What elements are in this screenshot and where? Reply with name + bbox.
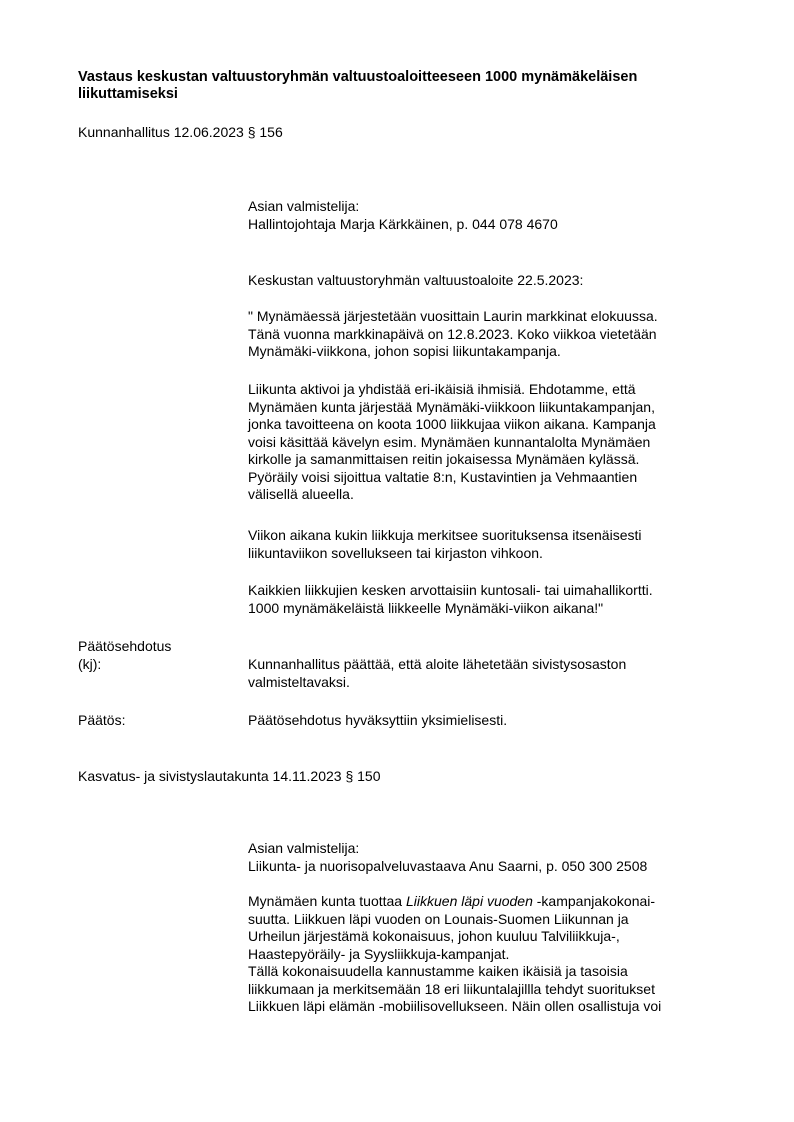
text-line: Tällä kokonaisuudella kannustamme kaiken…	[248, 963, 661, 981]
text-line: liikuntaviikon sovellukseen tai kirjasto…	[248, 545, 641, 563]
text-line: Mynämäki-viikkona, johon sopisi liikunta…	[248, 343, 658, 361]
title-line-1: Vastaus keskustan valtuustoryhmän valtuu…	[78, 69, 637, 86]
text-segment: Mynämäen kunta tuottaa	[248, 893, 406, 909]
text-line: Pyöräily voisi sijoittua valtatie 8:n, K…	[248, 469, 656, 487]
text-line: Liikunta aktivoi ja yhdistää eri-ikäisiä…	[248, 381, 656, 399]
text-line: Kunnanhallitus päättää, että aloite lähe…	[248, 656, 626, 674]
meeting1-preparer-label: Asian valmistelija:	[248, 198, 359, 215]
text-line: Kaikkien liikkujien kesken arvottaisiin …	[248, 582, 653, 600]
proposal-label-line-1: Päätösehdotus	[78, 638, 171, 655]
initiative-paragraph-1: " Mynämäessä järjestetään vuosittain Lau…	[248, 308, 658, 361]
meeting1-heading: Kunnanhallitus 12.06.2023 § 156	[78, 124, 283, 141]
text-line: Urheilun järjestämä kokonaisuus, johon k…	[248, 928, 661, 946]
text-line: valmisteltavaksi.	[248, 674, 626, 692]
meeting2-preparer-label: Asian valmistelija:	[248, 840, 359, 857]
text-line: Mynämäen kunta tuottaa Liikkuen läpi vuo…	[248, 893, 661, 911]
proposal-label-line-2: (kj):	[78, 656, 101, 673]
meeting1-preparer: Hallintojohtaja Marja Kärkkäinen, p. 044…	[248, 216, 558, 233]
initiative-paragraph-3: Viikon aikana kukin liikkuja merkitsee s…	[248, 527, 641, 562]
proposal-text: Kunnanhallitus päättää, että aloite lähe…	[248, 656, 626, 691]
text-line: liikkumaan ja merkitsemään 18 eri liikun…	[248, 981, 661, 999]
text-line: 1000 mynämäkeläistä liikkeelle Mynämäki-…	[248, 600, 653, 618]
initiative-paragraph-2: Liikunta aktivoi ja yhdistää eri-ikäisiä…	[248, 381, 656, 504]
text-line: jonka tavoitteena on koota 1000 liikkuja…	[248, 416, 656, 434]
document-title: Vastaus keskustan valtuustoryhmän valtuu…	[78, 69, 637, 103]
text-line: Tänä vuonna markkinapäivä on 12.8.2023. …	[248, 326, 658, 344]
decision-label: Päätös:	[78, 712, 125, 729]
title-line-2: liikuttamiseksi	[78, 86, 637, 103]
campaign-name-italic: Liikkuen läpi vuoden	[406, 893, 533, 909]
text-line: Viikon aikana kukin liikkuja merkitsee s…	[248, 527, 641, 545]
initiative-paragraph-4: Kaikkien liikkujien kesken arvottaisiin …	[248, 582, 653, 617]
text-line: voisi käsittää kävelyn esim. Mynämäen ku…	[248, 434, 656, 452]
text-line: Liikkuen läpi elämän -mobiilisovelluksee…	[248, 998, 661, 1016]
meeting2-heading: Kasvatus- ja sivistyslautakunta 14.11.20…	[78, 768, 380, 785]
text-line: kirkolle ja samanmittaisen reitin jokais…	[248, 451, 656, 469]
text-line: Mynämäen kunta järjestää Mynämäki-viikko…	[248, 399, 656, 417]
meeting2-preparer: Liikunta- ja nuorisopalveluvastaava Anu …	[248, 858, 647, 875]
text-line: " Mynämäessä järjestetään vuosittain Lau…	[248, 308, 658, 326]
text-line: Haastepyöräily- ja Syysliikkuja-kampanja…	[248, 946, 661, 964]
text-line: välisellä alueella.	[248, 486, 656, 504]
meeting2-paragraph-1: Mynämäen kunta tuottaa Liikkuen läpi vuo…	[248, 893, 661, 1016]
decision-text: Päätösehdotus hyväksyttiin yksimielisest…	[248, 712, 507, 729]
text-segment: -kampanjakokonai-	[533, 893, 655, 909]
initiative-heading: Keskustan valtuustoryhmän valtuustoaloit…	[248, 272, 583, 289]
text-line: suutta. Liikkuen läpi vuoden on Lounais-…	[248, 911, 661, 929]
